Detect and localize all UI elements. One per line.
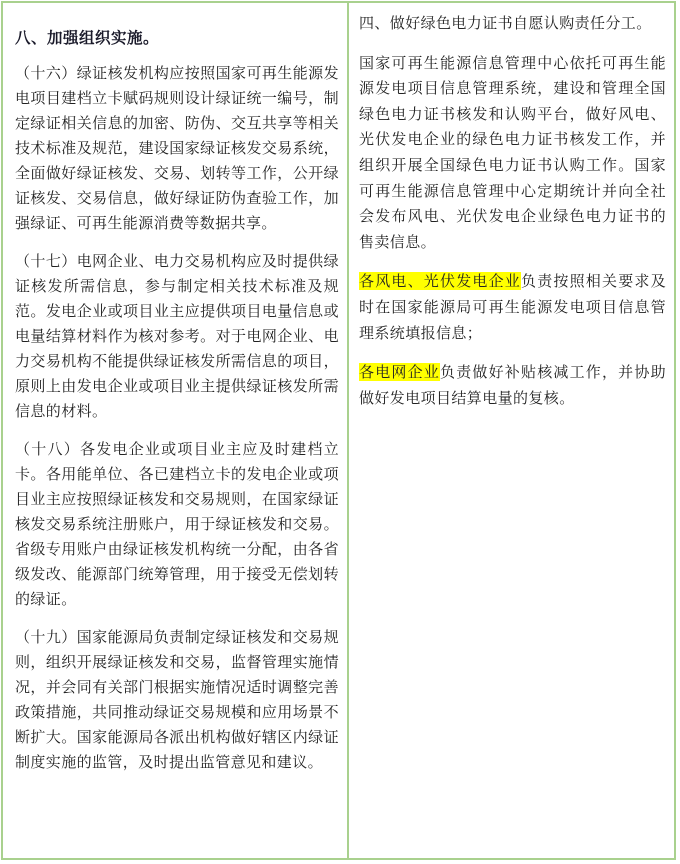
paragraph-17: （十七）电网企业、电力交易机构应及时提供绿证核发所需信息，参与制定相关技术标准及…	[15, 249, 339, 424]
paragraph-18: （十八）各发电企业或项目业主应及时建档立卡。各用能单位、各已建档立卡的发电企业或…	[15, 437, 339, 612]
left-column-new-policy: 八、加强组织实施。 （十六）绿证核发机构应按照国家可再生能源发电项目建档立卡赋码…	[3, 3, 349, 858]
paragraph-16: （十六）绿证核发机构应按照国家可再生能源发电项目建档立卡赋码规则设计绿证统一编号…	[15, 61, 339, 236]
highlighted-text: 各电网企业	[359, 363, 440, 381]
comparison-table: 八、加强组织实施。 （十六）绿证核发机构应按照国家可再生能源发电项目建档立卡赋码…	[1, 1, 676, 860]
paragraph-grid-companies: 各电网企业负责做好补贴核减工作，并协助做好发电项目结算电量的复核。	[359, 360, 666, 411]
section-heading-left: 八、加强组织实施。	[15, 23, 339, 53]
right-column-old-policy: 四、做好绿色电力证书自愿认购责任分工。 国家可再生能源信息管理中心依托可再生能源…	[349, 3, 674, 858]
section-heading-right: 四、做好绿色电力证书自愿认购责任分工。	[359, 11, 666, 37]
paragraph-19: （十九）国家能源局负责制定绿证核发和交易规则，组织开展绿证核发和交易，监督管理实…	[15, 625, 339, 775]
paragraph-power-generators: 各风电、光伏发电企业负责按照相关要求及时在国家能源局可再生能源发电项目信息管理系…	[359, 269, 666, 346]
highlighted-text: 各风电、光伏发电企业	[359, 272, 521, 290]
paragraph-info-center: 国家可再生能源信息管理中心依托可再生能源发电项目信息管理系统，建设和管理全国绿色…	[359, 51, 666, 256]
